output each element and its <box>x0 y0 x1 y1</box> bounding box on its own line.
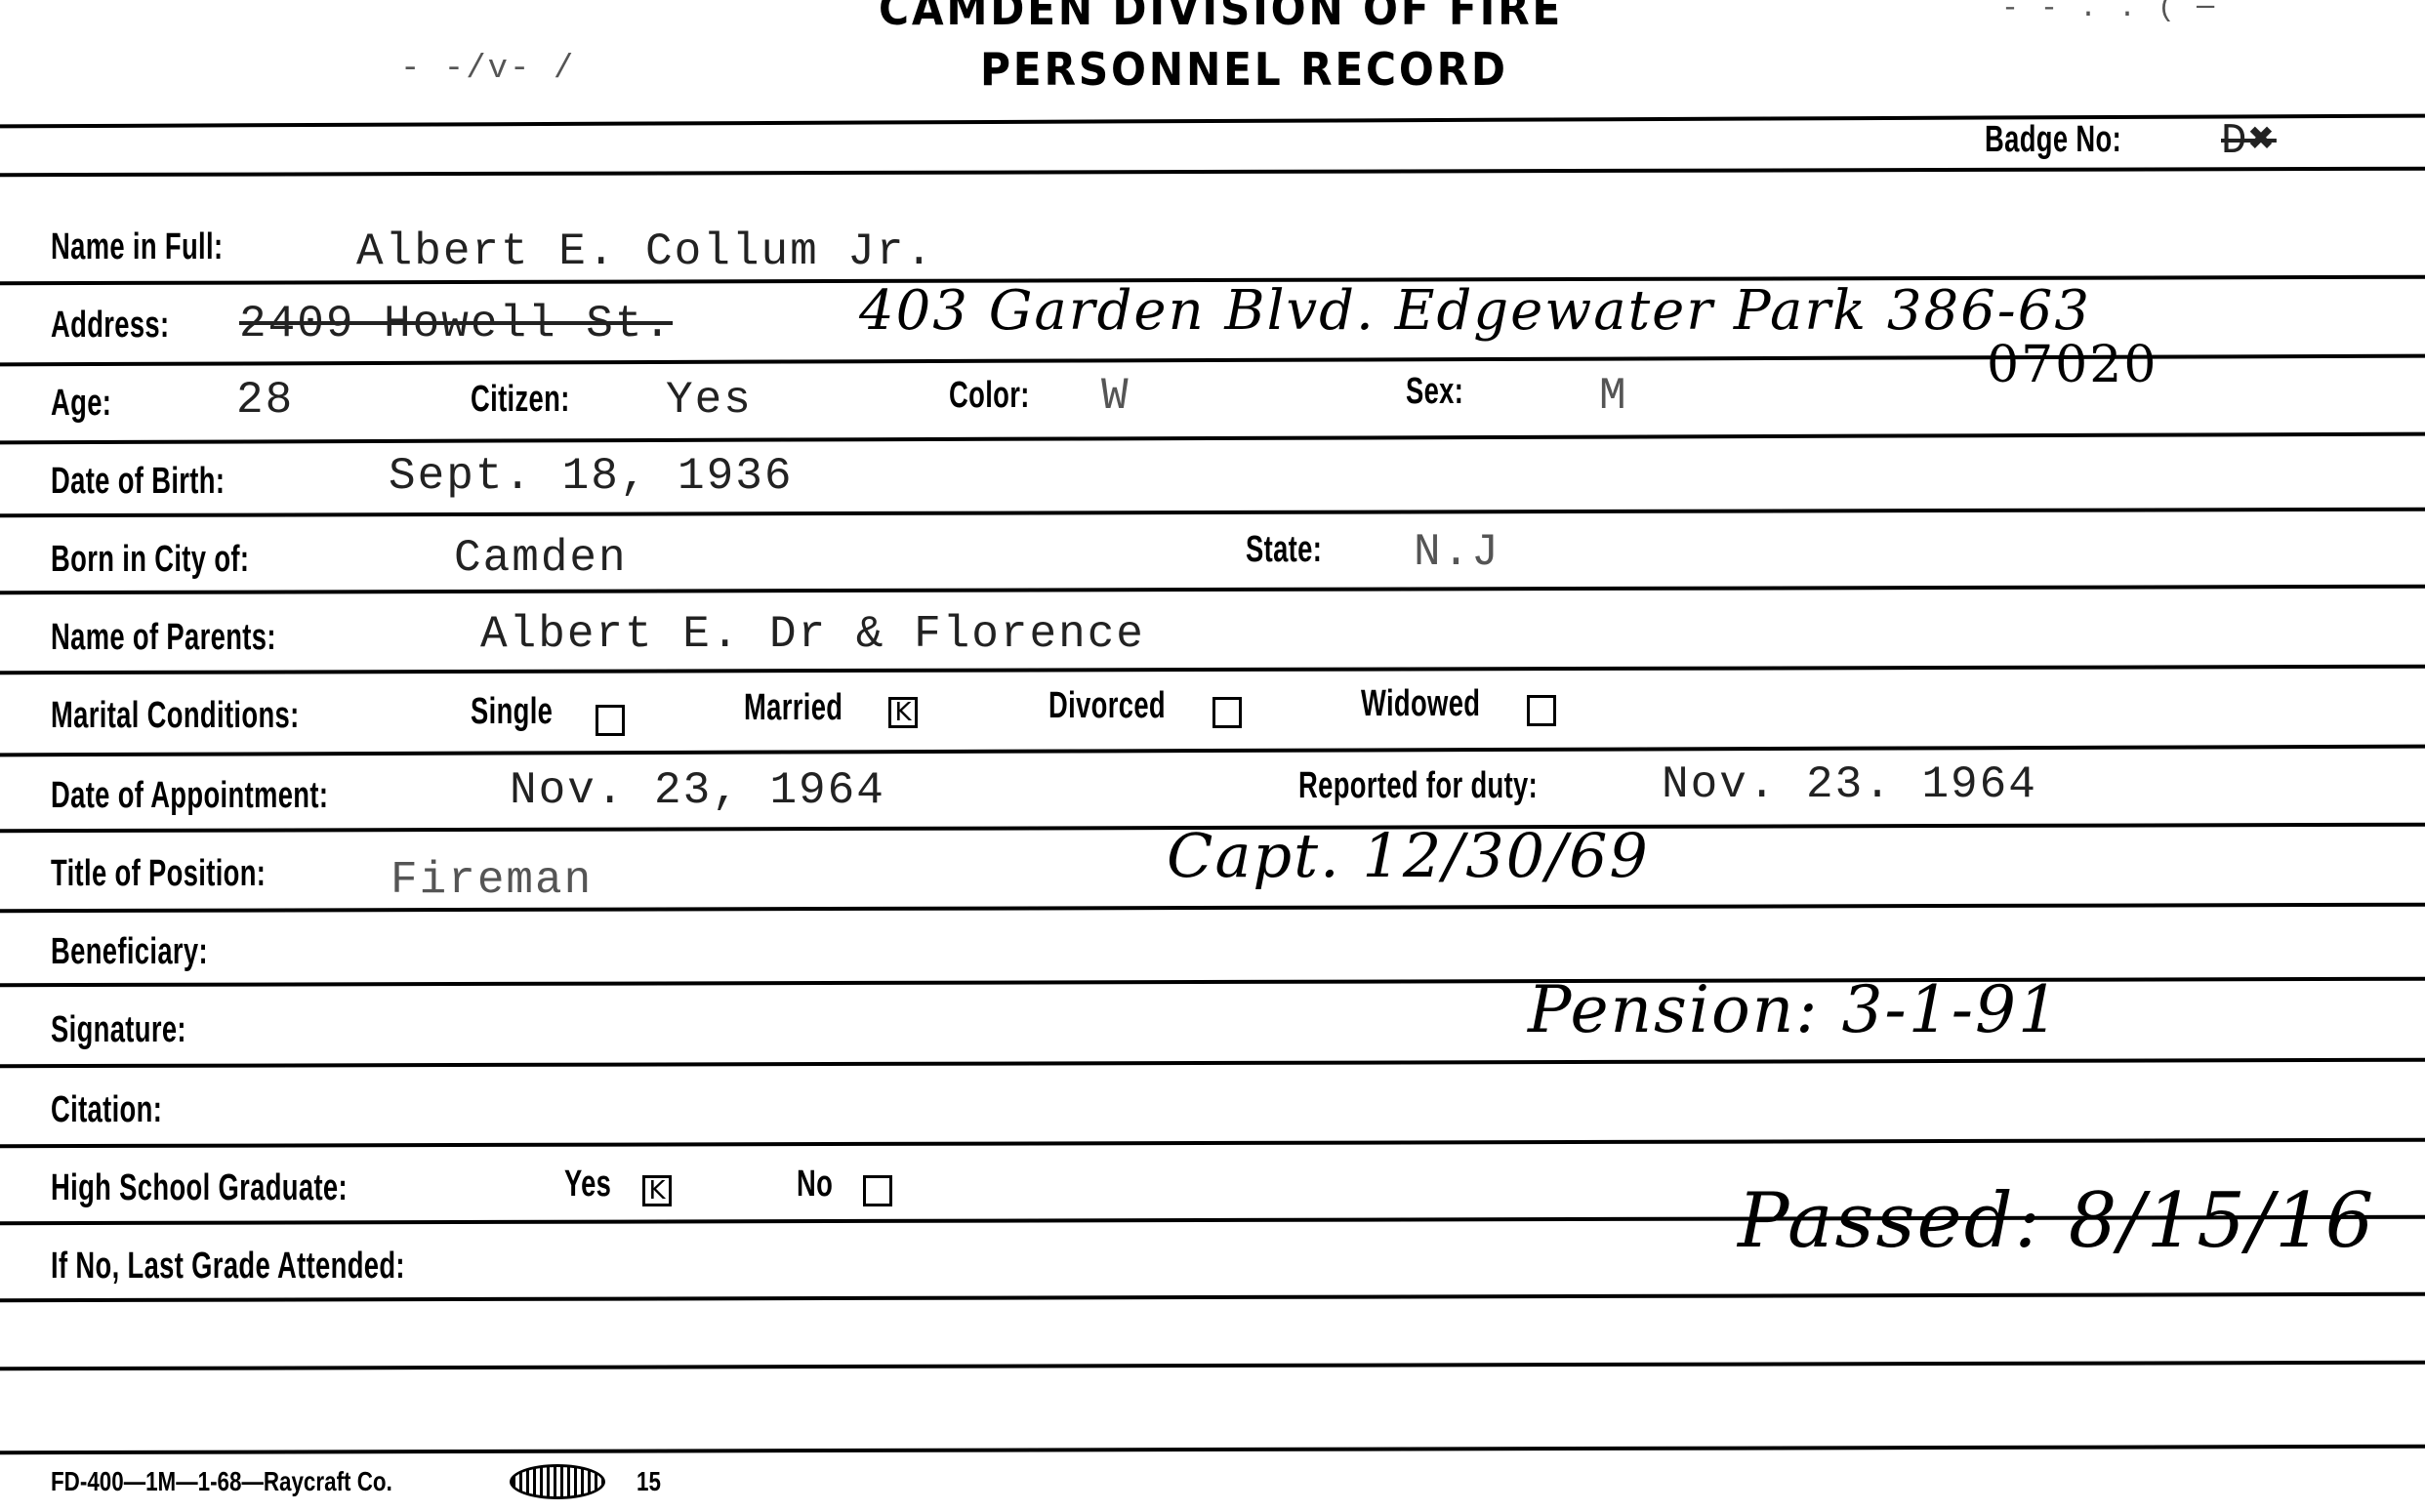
footer-page-number: 15 <box>637 1466 661 1497</box>
marital-label: Marital Conditions: <box>51 695 300 737</box>
divider <box>0 665 2425 675</box>
divider <box>0 1445 2425 1455</box>
divider <box>0 1292 2425 1303</box>
high-school-label: High School Graduate: <box>51 1167 348 1209</box>
title-position-value: Fireman <box>390 855 593 906</box>
marital-single-label: Single <box>471 691 553 733</box>
age-label: Age: <box>51 383 111 425</box>
title-position-handwritten-note: Capt. 12/30/69 <box>1167 820 1650 891</box>
footer-form-code: FD-400—1M—1-68—Raycraft Co. <box>51 1466 392 1497</box>
state-label: State: <box>1246 529 1322 571</box>
high-school-no-checkbox[interactable] <box>863 1175 892 1206</box>
divider <box>0 1361 2425 1371</box>
divider <box>0 167 2425 178</box>
form-title-line2: PERSONNEL RECORD <box>980 43 1508 96</box>
union-seal-icon <box>510 1464 605 1499</box>
sex-label: Sex: <box>1406 371 1463 413</box>
color-value: W <box>1101 371 1130 422</box>
top-right-mark: - - . . ( ─ <box>2001 0 2216 25</box>
age-value: 28 <box>236 375 294 426</box>
divider <box>0 508 2425 518</box>
name-label: Name in Full: <box>51 226 223 268</box>
last-grade-label: If No, Last Grade Attended: <box>51 1246 405 1287</box>
born-city-label: Born in City of: <box>51 539 249 581</box>
color-label: Color: <box>949 375 1030 417</box>
reported-value: Nov. 23. 1964 <box>1662 759 2037 810</box>
divider <box>0 1058 2425 1069</box>
divider <box>0 977 2425 988</box>
address-handwritten-value: 403 Garden Blvd. Edgewater Park 386-63 <box>859 279 2091 343</box>
high-school-yes-checkbox[interactable]: K <box>642 1175 672 1206</box>
citation-label: Citation: <box>51 1089 162 1131</box>
form-title-line1: CAMDEN DIVISION OF FIRE <box>879 0 1563 35</box>
marital-divorced-label: Divorced <box>1048 685 1166 727</box>
dob-value: Sept. 18, 1936 <box>389 451 793 502</box>
born-city-value: Camden <box>454 533 628 584</box>
marital-divorced-checkbox[interactable] <box>1212 697 1242 728</box>
parents-value: Albert E. Dr & Florence <box>480 609 1145 660</box>
high-school-no-label: No <box>797 1164 833 1206</box>
appointment-label: Date of Appointment: <box>51 775 328 817</box>
marital-single-checkbox[interactable] <box>596 705 625 736</box>
badge-value: D✖ <box>2221 113 2277 166</box>
divider <box>0 585 2425 595</box>
signature-label: Signature: <box>51 1009 186 1051</box>
last-grade-handwritten-note: Passed: 8/15/16 <box>1738 1177 2375 1265</box>
address-label: Address: <box>51 305 169 347</box>
address-old-value: 2409 Howell St. <box>239 299 673 349</box>
reported-label: Reported for duty: <box>1298 765 1538 807</box>
signature-handwritten-note: Pension: 3-1-91 <box>1528 972 2061 1047</box>
state-value: N.J <box>1414 527 1500 578</box>
appointment-value: Nov. 23, 1964 <box>510 765 885 816</box>
citizen-label: Citizen: <box>471 379 570 421</box>
high-school-yes-label: Yes <box>564 1164 611 1206</box>
beneficiary-label: Beneficiary: <box>51 931 208 973</box>
sex-value: M <box>1599 371 1628 422</box>
marital-widowed-checkbox[interactable] <box>1527 695 1556 726</box>
top-left-mark: - -/v- / <box>400 51 575 88</box>
title-position-label: Title of Position: <box>51 853 266 895</box>
divider <box>0 1138 2425 1149</box>
badge-label: Badge No: <box>1985 119 2121 161</box>
badge-value-text: D✖ <box>2221 117 2277 166</box>
marital-widowed-label: Widowed <box>1361 683 1480 725</box>
name-value: Albert E. Collum Jr. <box>356 226 934 277</box>
marital-married-checkbox[interactable]: K <box>888 697 918 728</box>
dob-label: Date of Birth: <box>51 461 225 503</box>
divider <box>0 745 2425 757</box>
address-zip: 07020 <box>1987 336 2158 394</box>
parents-label: Name of Parents: <box>51 617 276 659</box>
citizen-value: Yes <box>666 375 753 426</box>
divider <box>0 432 2425 445</box>
divider <box>0 903 2425 914</box>
marital-married-label: Married <box>744 687 843 729</box>
